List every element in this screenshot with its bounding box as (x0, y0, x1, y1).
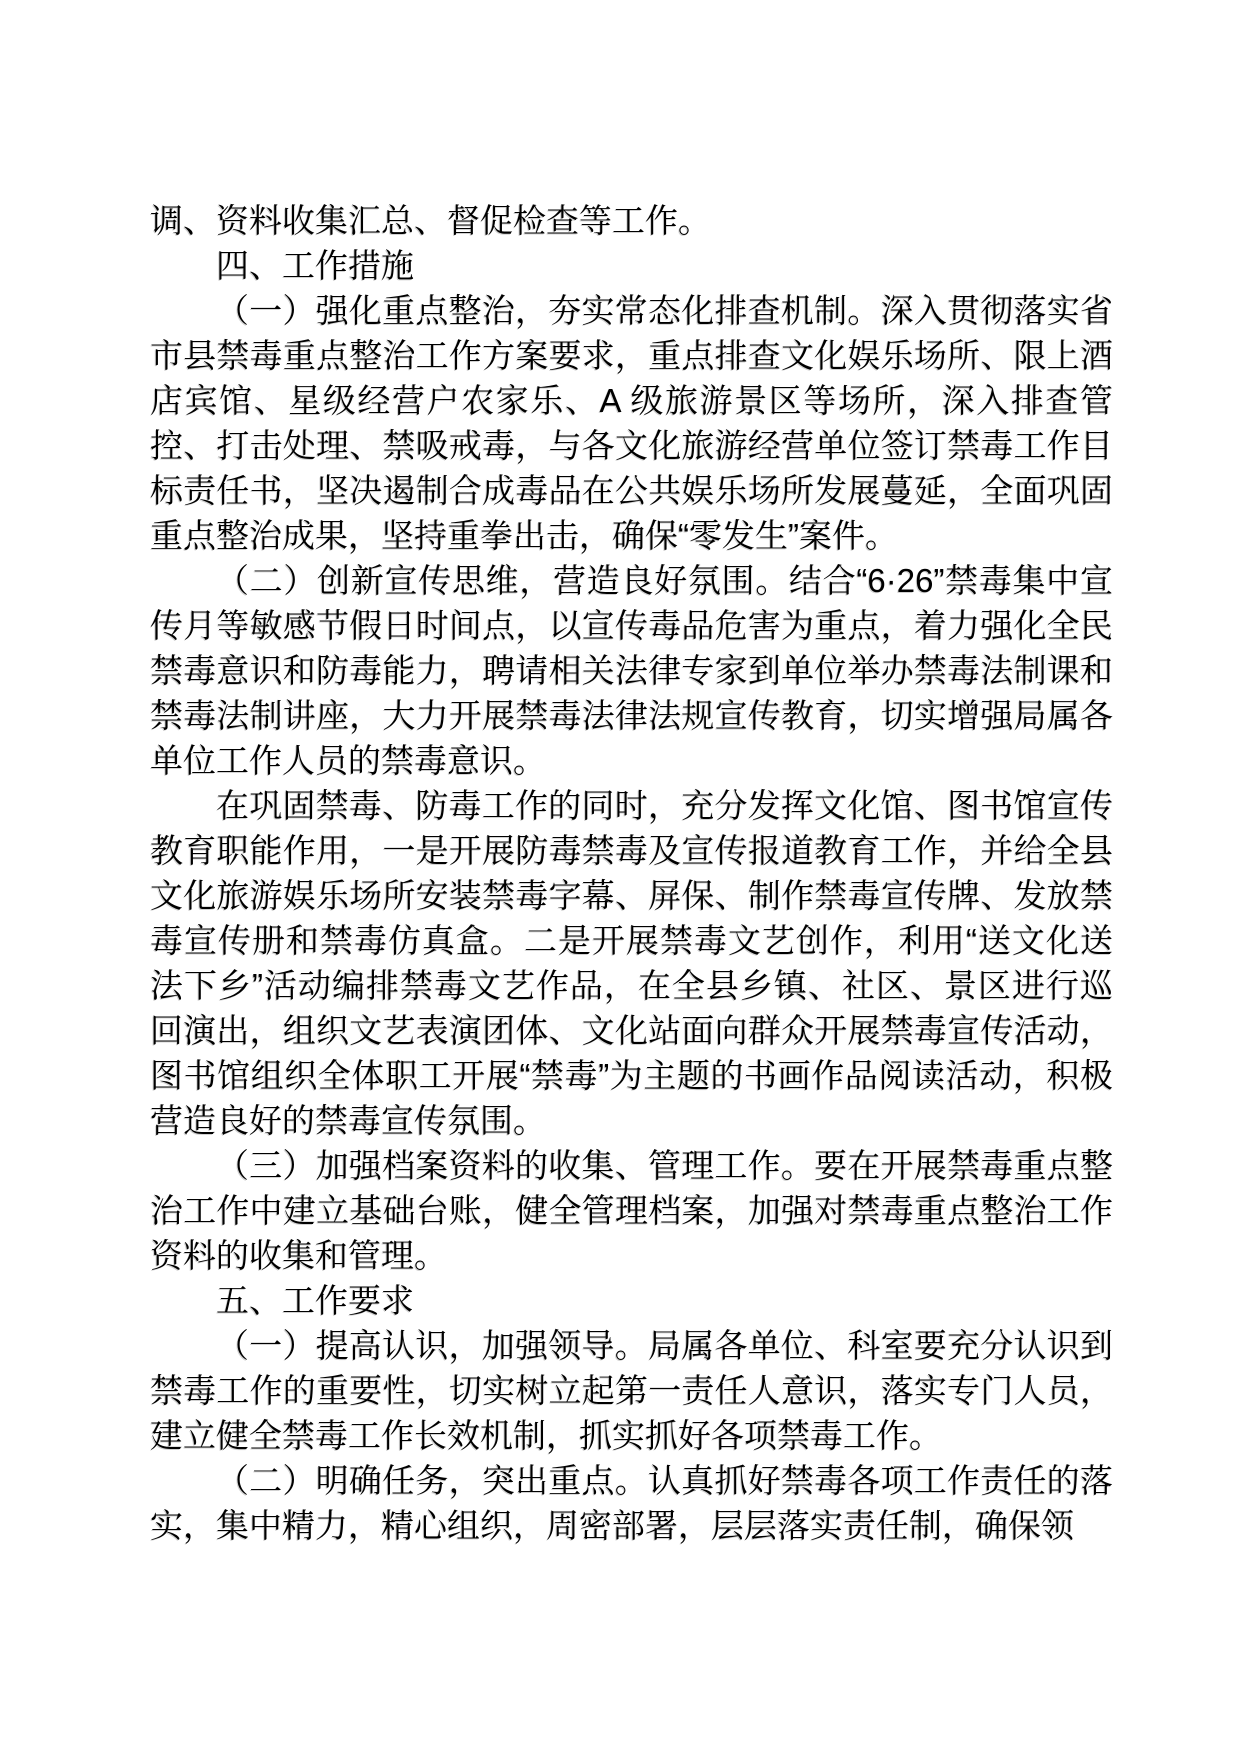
document-page: 调、资料收集汇总、督促检查等工作。四、工作措施（一）强化重点整治，夯实常态化排查… (0, 0, 1240, 1754)
section-heading: 五、工作要求 (150, 1278, 1113, 1323)
paragraph: 在巩固禁毒、防毒工作的同时，充分发挥文化馆、图书馆宣传教育职能作用，一是开展防毒… (150, 783, 1113, 1143)
section-heading: 四、工作措施 (150, 243, 1113, 288)
paragraph: （二）创新宣传思维，营造良好氛围。结合“6·26”禁毒集中宣传月等敏感节假日时间… (150, 558, 1113, 783)
paragraph: （二）明确任务，突出重点。认真抓好禁毒各项工作责任的落实，集中精力，精心组织，周… (150, 1458, 1113, 1548)
document-body: 调、资料收集汇总、督促检查等工作。四、工作措施（一）强化重点整治，夯实常态化排查… (150, 198, 1113, 1548)
paragraph: 调、资料收集汇总、督促检查等工作。 (150, 198, 1113, 243)
paragraph: （一）强化重点整治，夯实常态化排查机制。深入贯彻落实省市县禁毒重点整治工作方案要… (150, 288, 1113, 558)
paragraph: （三）加强档案资料的收集、管理工作。要在开展禁毒重点整治工作中建立基础台账，健全… (150, 1143, 1113, 1278)
paragraph: （一）提高认识，加强领导。局属各单位、科室要充分认识到禁毒工作的重要性，切实树立… (150, 1323, 1113, 1458)
